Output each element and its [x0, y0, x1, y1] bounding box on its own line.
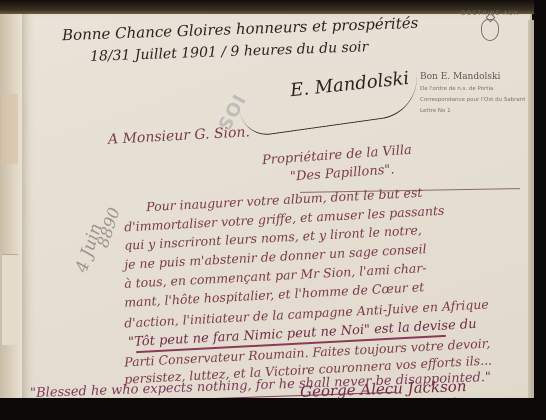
page-stain [2, 94, 18, 164]
letterhead-name: Bon E. Mandolski [420, 72, 500, 82]
letterhead-line-2: Correspondance pour l'Ost du Sabrant [420, 97, 525, 103]
page-insert [2, 254, 18, 345]
letterhead-line-1: De l'ordre de n.s. de Portia [420, 86, 493, 92]
letterhead-line-3: Lettre No 1 [420, 108, 451, 114]
letterhead: DOCTRINE AUX [448, 10, 532, 43]
album-frame-right [534, 0, 546, 420]
album-frame-bottom [0, 398, 546, 420]
left-page-edge [0, 14, 23, 400]
order-emblem-icon [481, 19, 499, 41]
